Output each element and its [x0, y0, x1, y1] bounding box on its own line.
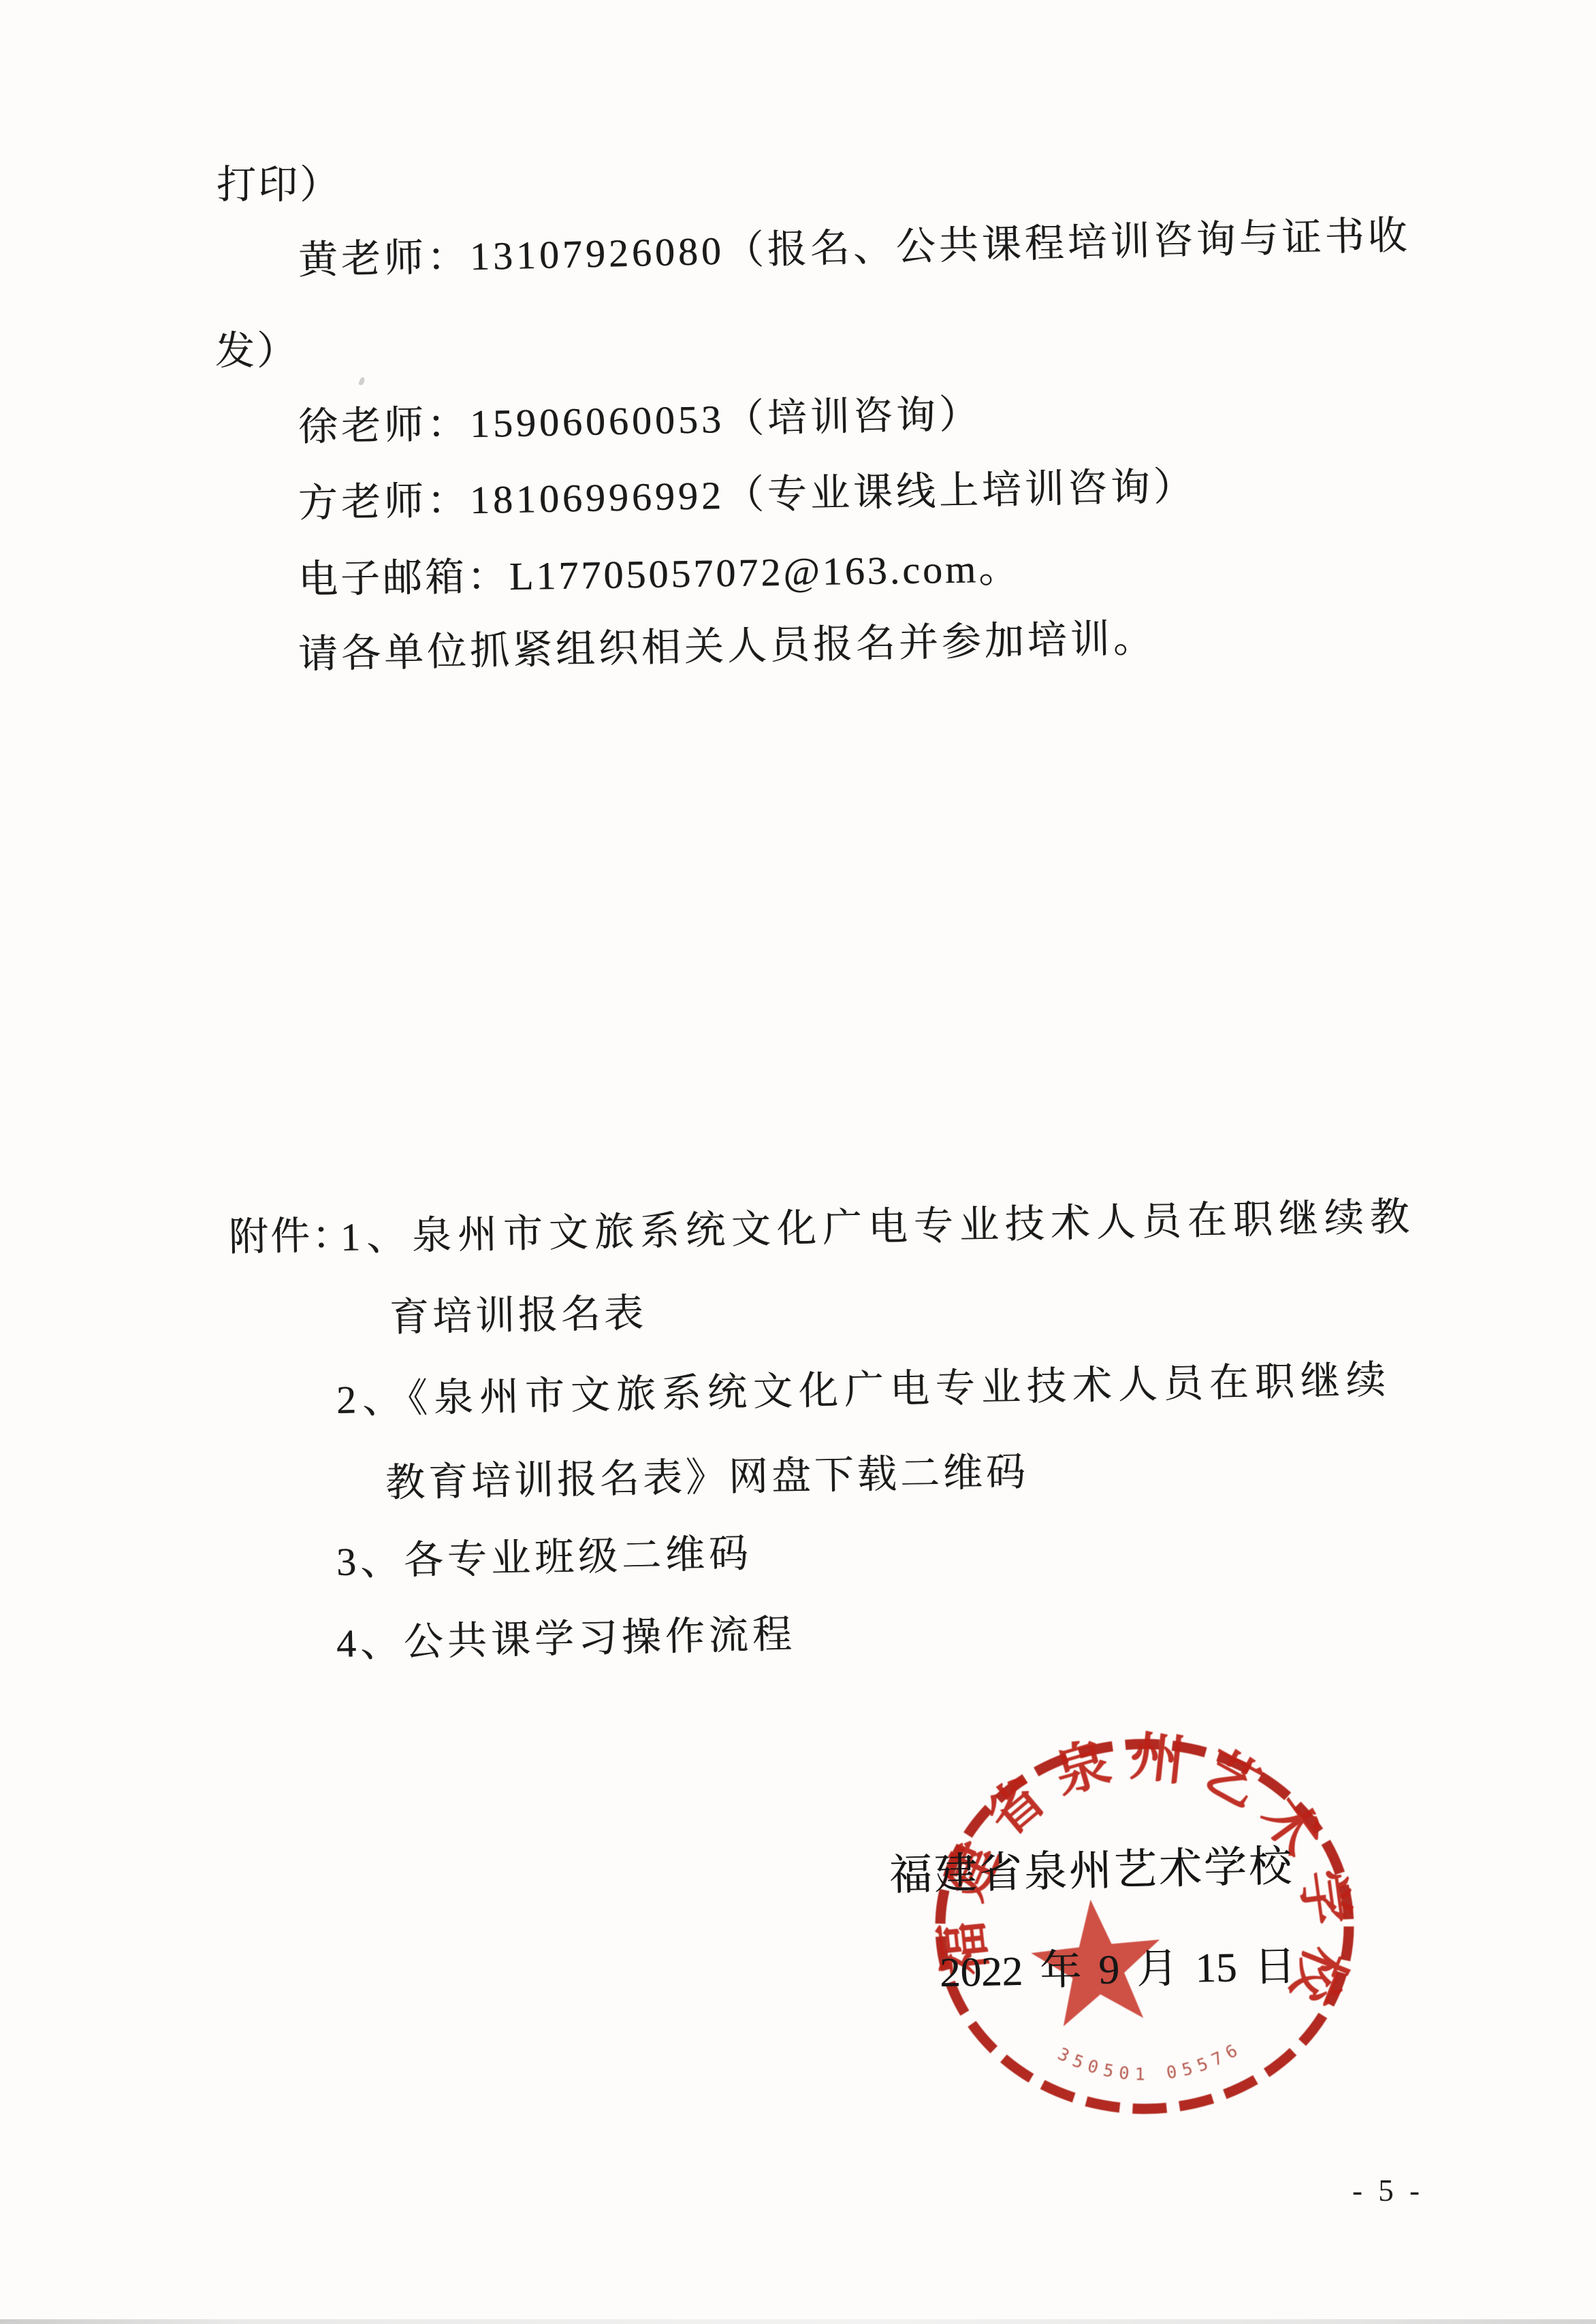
contact-line-huang: 黄老师：13107926080（报名、公共课程培训咨询与证书收 — [298, 216, 1411, 280]
contact-line-fang: 方老师：18106996992（专业课线上培训咨询） — [298, 467, 1196, 523]
scanned-document-page: 打印） 黄老师：13107926080（报名、公共课程培训咨询与证书收 发） 徐… — [0, 0, 1596, 2324]
signature-date: 2022 年 9 月 15 日 — [939, 1946, 1296, 1994]
attachment-line-2: 2、《泉州市文旅系统文化广电专业技术人员在职继续 — [336, 1360, 1392, 1420]
scan-speck — [358, 376, 365, 386]
attachment-line-1: 1、泉州市文旅系统文化广电专业技术人员在职继续教 — [340, 1197, 1416, 1257]
page-number: - 5 - — [1352, 2173, 1424, 2208]
email-line: 电子邮箱：L17705057072@163.com。 — [298, 549, 1021, 600]
scan-bottom-edge — [0, 2319, 1596, 2324]
signature-org-name: 福建省泉州艺术学校 — [889, 1845, 1294, 1897]
closing-line: 请各单位抓紧组织相关人员报名并参加培训。 — [298, 619, 1156, 675]
attachments-label: 附件： — [228, 1216, 353, 1257]
contact-line-xu: 徐老师：15906060053（培训咨询） — [298, 395, 982, 447]
attachment-line-2-cont: 教育培训报名表》网盘下载二维码 — [385, 1453, 1029, 1503]
attachment-line-4: 4、公共课学习操作流程 — [336, 1615, 796, 1664]
attachment-line-3: 3、各专业班级二维码 — [336, 1534, 752, 1582]
attachment-line-1-cont: 育培训报名表 — [389, 1293, 647, 1338]
svg-text:350501 05576: 350501 05576 — [1055, 2037, 1246, 2084]
contact-line-huang-wrap: 发） — [215, 332, 298, 371]
print-wrap-line: 打印） — [217, 165, 341, 205]
official-seal-stamp: 福建省泉州艺术学校 350501 05576 — [923, 1729, 1373, 2137]
seal-code-text: 350501 05576 — [1055, 2037, 1246, 2084]
